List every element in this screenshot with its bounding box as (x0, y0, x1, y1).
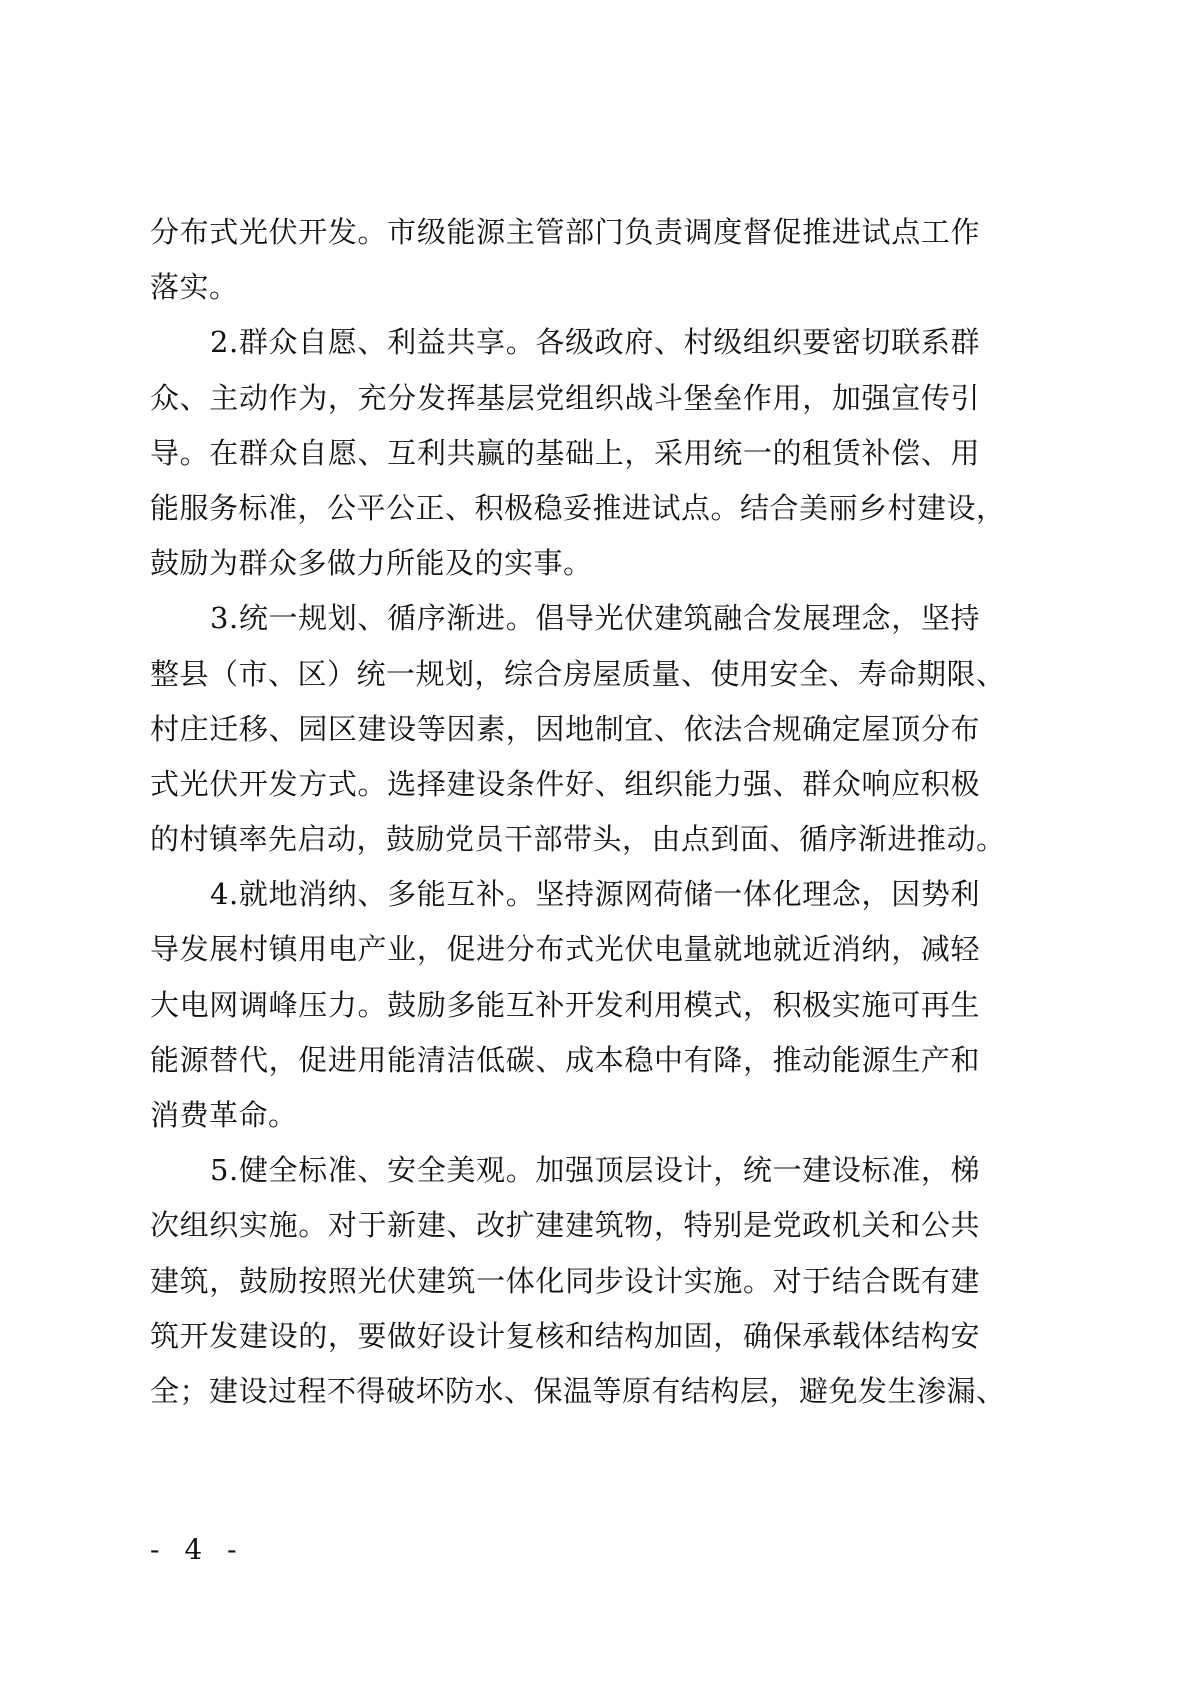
text-line: 能服务标准，公平公正、积极稳妥推进试点。结合美丽乡村建设， (150, 481, 980, 536)
text-line: 鼓励为群众多做力所能及的实事。 (150, 536, 980, 591)
text-line: 式光伏开发方式。选择建设条件好、组织能力强、群众响应积极 (150, 757, 980, 812)
page-number: - 4 - (150, 1530, 245, 1570)
text-line: 建筑，鼓励按照光伏建筑一体化同步设计实施。对于结合既有建 (150, 1254, 980, 1309)
text-line: 导。在群众自愿、互利共赢的基础上，采用统一的租赁补偿、用 (150, 426, 980, 481)
text-line: 大电网调峰压力。鼓励多能互补开发利用模式，积极实施可再生 (150, 978, 980, 1033)
text-line: 落实。 (150, 260, 980, 315)
text-line: 众、主动作为，充分发挥基层党组织战斗堡垒作用，加强宣传引 (150, 371, 980, 426)
document-page: 分布式光伏开发。市级能源主管部门负责调度督促推进试点工作 落实。 2.群众自愿、… (0, 0, 1200, 1697)
text-line: 能源替代，促进用能清洁低碳、成本稳中有降，推动能源生产和 (150, 1033, 980, 1088)
text-line: 导发展村镇用电产业，促进分布式光伏电量就地就近消纳，减轻 (150, 922, 980, 977)
paragraph-2-first-line: 2.群众自愿、利益共享。各级政府、村级组织要密切联系群 (150, 315, 980, 370)
text-line: 消费革命。 (150, 1088, 980, 1143)
text-line: 村庄迁移、园区建设等因素，因地制宜、依法合规确定屋顶分布 (150, 702, 980, 757)
text-line: 的村镇率先启动，鼓励党员干部带头，由点到面、循序渐进推动。 (150, 812, 980, 867)
text-line: 筑开发建设的，要做好设计复核和结构加固，确保承载体结构安 (150, 1309, 980, 1364)
text-line: 全；建设过程不得破坏防水、保温等原有结构层，避免发生渗漏、 (150, 1364, 980, 1419)
paragraph-3-first-line: 3.统一规划、循序渐进。倡导光伏建筑融合发展理念，坚持 (150, 591, 980, 646)
text-line: 次组织实施。对于新建、改扩建建筑物，特别是党政机关和公共 (150, 1198, 980, 1253)
text-line: 整县（市、区）统一规划，综合房屋质量、使用安全、寿命期限、 (150, 647, 980, 702)
text-line: 分布式光伏开发。市级能源主管部门负责调度督促推进试点工作 (150, 205, 980, 260)
document-body: 分布式光伏开发。市级能源主管部门负责调度督促推进试点工作 落实。 2.群众自愿、… (150, 205, 980, 1419)
paragraph-5-first-line: 5.健全标准、安全美观。加强顶层设计，统一建设标准，梯 (150, 1143, 980, 1198)
paragraph-4-first-line: 4.就地消纳、多能互补。坚持源网荷储一体化理念，因势利 (150, 867, 980, 922)
